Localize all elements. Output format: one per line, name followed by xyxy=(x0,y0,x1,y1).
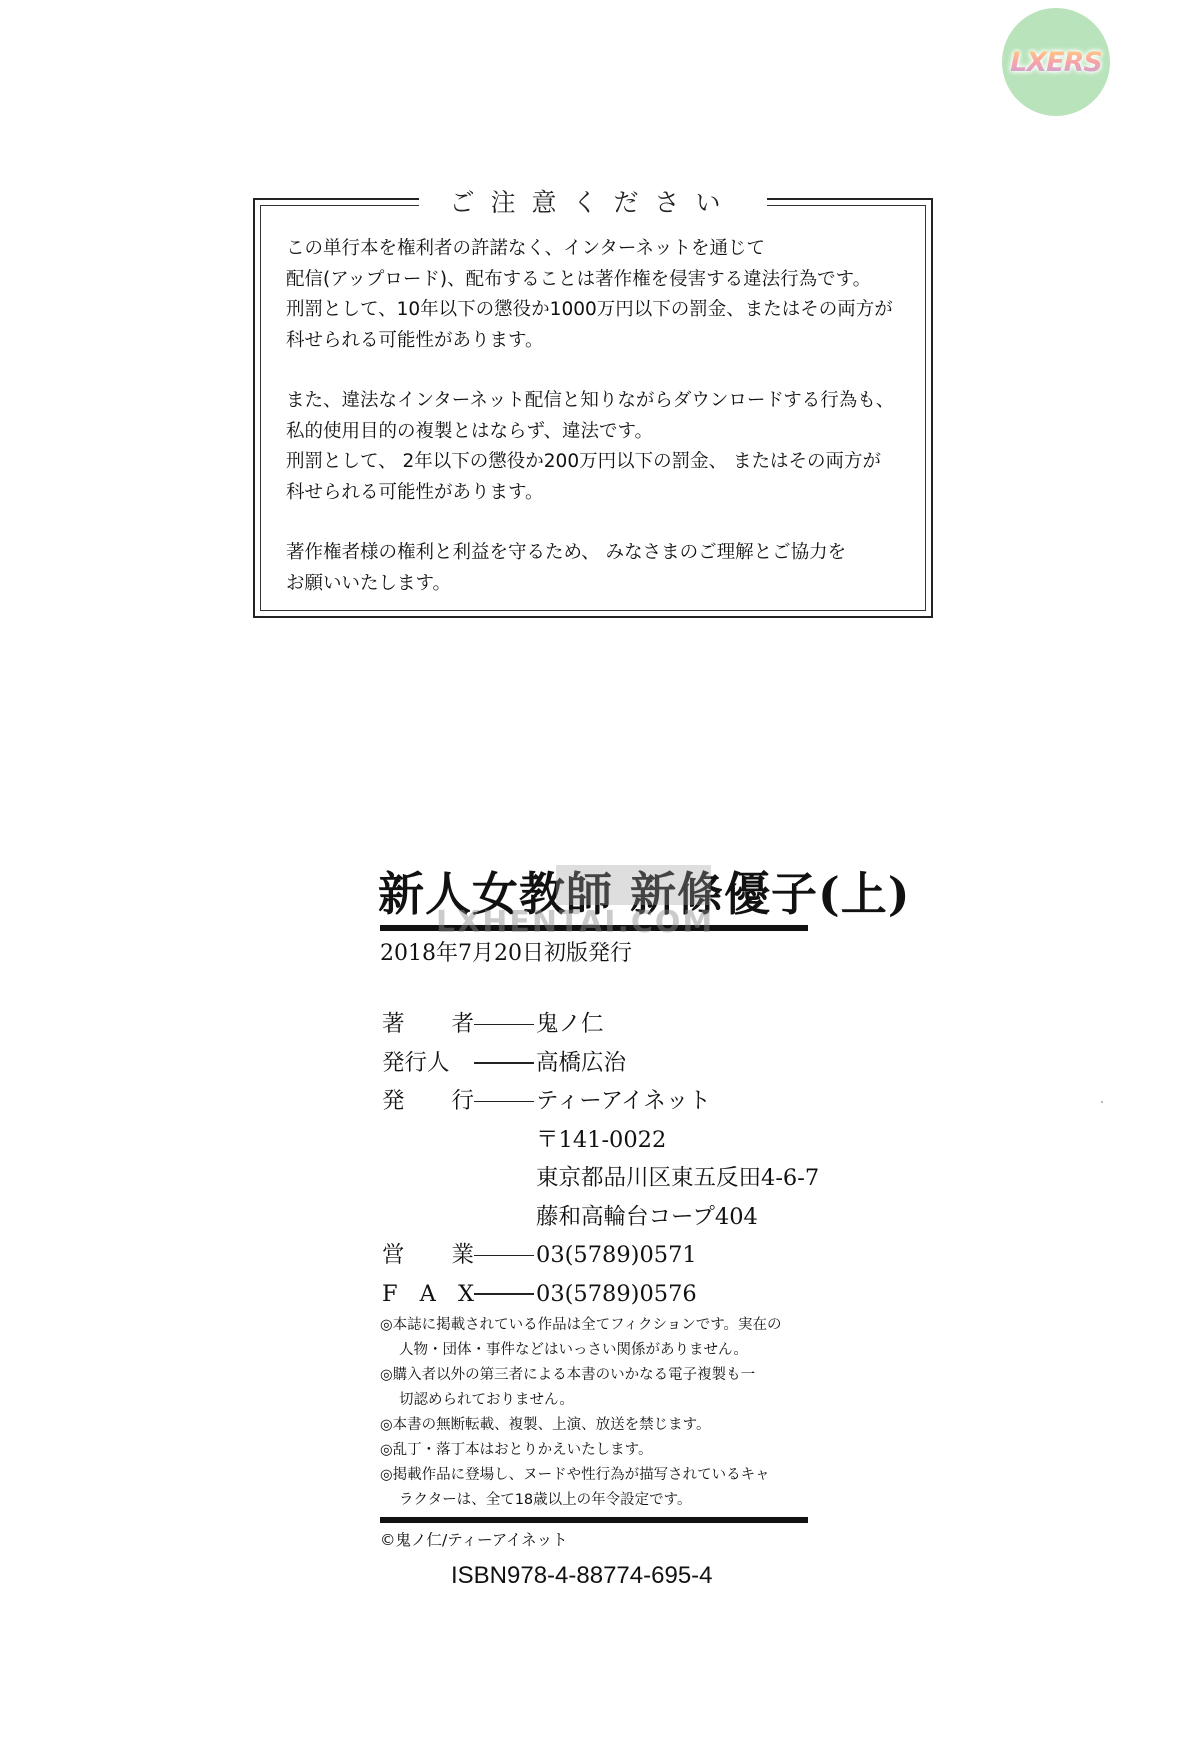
label-char: 著 xyxy=(382,1005,405,1044)
postal-code: 〒141-0022 xyxy=(536,1121,666,1160)
publisher-row: 発 行 ティーアイネット xyxy=(382,1082,819,1121)
publisher-person-label: 発行人 xyxy=(382,1044,474,1083)
note-line: ◎購入者以外の第三者による本書のいかなる電子複製も一 xyxy=(380,1363,782,1388)
label-char: 発 xyxy=(382,1082,405,1121)
scan-speck xyxy=(1101,1101,1103,1103)
colophon-info: 著 者 鬼ノ仁 発行人 高橋広治 発 行 ティーアイネット 〒141-0022 … xyxy=(382,1005,819,1313)
publisher-person-row: 発行人 高橋広治 xyxy=(382,1044,819,1083)
publisher-person-value: 高橋広治 xyxy=(536,1044,626,1083)
address-row-1: 東京都品川区東五反田4-6-7 xyxy=(382,1159,819,1198)
label-char: 営 xyxy=(382,1236,405,1275)
fax-label: F A X xyxy=(382,1275,474,1314)
note-line: ◎本書の無断転載、複製、上演、放送を禁じます。 xyxy=(380,1413,782,1438)
sales-row: 営 業 03(5789)0571 xyxy=(382,1236,819,1275)
label-char: 業 xyxy=(451,1236,474,1275)
author-label: 著 者 xyxy=(382,1005,474,1044)
leader-dash xyxy=(474,1236,536,1275)
watermark-logo: LXERS xyxy=(1002,8,1110,116)
copyright: ©鬼ノ仁/ティーアイネット xyxy=(380,1528,568,1550)
label-char: F xyxy=(382,1275,398,1314)
fax-number: 03(5789)0576 xyxy=(536,1275,697,1314)
note-line-cont: ラクターは、全て18歳以上の年令設定です。 xyxy=(380,1488,782,1513)
logo-text: LXERS xyxy=(1010,47,1102,78)
notice-line: 刑罰として、10年以下の懲役か1000万円以下の罰金、またはその両方が xyxy=(286,295,926,326)
leader-dash xyxy=(474,1082,536,1121)
notice-line: お願いいたします。 xyxy=(286,569,926,600)
postal-row: 〒141-0022 xyxy=(382,1121,819,1160)
notice-line: 配信(アップロード)、配布することは著作権を侵害する違法行為です。 xyxy=(286,265,926,296)
isbn: ISBN978-4-88774-695-4 xyxy=(451,1562,713,1590)
notice-line: 刑罰として、 2年以下の懲役か200万円以下の罰金、 またはその両方が xyxy=(286,447,926,478)
notice-title-wrap: ご注意ください xyxy=(253,186,933,216)
notice-body: この単行本を権利者の許諾なく、インターネットを通じて 配信(アップロード)、配布… xyxy=(286,234,926,629)
notice-line: 私的使用目的の複製とはならず、違法です。 xyxy=(286,417,926,448)
publisher-label: 発 行 xyxy=(382,1082,474,1121)
address-row-2: 藤和高輪台コープ404 xyxy=(382,1198,819,1237)
leader-dash xyxy=(474,1044,536,1083)
fax-row: F A X 03(5789)0576 xyxy=(382,1275,819,1314)
note-line: ◎掲載作品に登場し、ヌードや性行為が描写されているキャ xyxy=(380,1463,782,1488)
leader-dash xyxy=(474,1005,536,1044)
label-char: X xyxy=(458,1275,474,1314)
note-line: ◎本誌に掲載されている作品は全てフィクションです。実在の xyxy=(380,1313,782,1338)
notice-paragraph-1: この単行本を権利者の許諾なく、インターネットを通じて 配信(アップロード)、配布… xyxy=(286,234,926,356)
notice-line: この単行本を権利者の許諾なく、インターネットを通じて xyxy=(286,234,926,265)
notes-rule xyxy=(380,1517,808,1523)
publisher-value: ティーアイネット xyxy=(536,1082,711,1121)
leader-dash xyxy=(474,1275,536,1314)
address-line-2: 藤和高輪台コープ404 xyxy=(536,1198,758,1237)
notice-title: ご注意ください xyxy=(419,183,766,219)
author-value: 鬼ノ仁 xyxy=(536,1005,604,1044)
label-char: 行 xyxy=(451,1082,474,1121)
note-line-cont: 人物・団体・事件などはいっさい関係がありません。 xyxy=(380,1338,782,1363)
label-char: 者 xyxy=(451,1005,474,1044)
address-line-1: 東京都品川区東五反田4-6-7 xyxy=(536,1159,819,1198)
notice-line: また、違法なインターネット配信と知りながらダウンロードする行為も、 xyxy=(286,386,926,417)
legal-notes: ◎本誌に掲載されている作品は全てフィクションです。実在の 人物・団体・事件などは… xyxy=(380,1313,782,1513)
publication-date: 2018年7月20日初版発行 xyxy=(380,936,632,967)
watermark-overlay xyxy=(556,865,711,905)
notice-line: 科せられる可能性があります。 xyxy=(286,478,926,509)
note-line-cont: 切認められておりません。 xyxy=(380,1388,782,1413)
sales-phone: 03(5789)0571 xyxy=(536,1236,697,1275)
note-line: ◎乱丁・落丁本はおとりかえいたします。 xyxy=(380,1438,782,1463)
notice-paragraph-3: 著作権者様の権利と利益を守るため、 みなさまのご理解とご協力を お願いいたします… xyxy=(286,538,926,599)
notice-paragraph-2: また、違法なインターネット配信と知りながらダウンロードする行為も、 私的使用目的… xyxy=(286,386,926,508)
author-row: 著 者 鬼ノ仁 xyxy=(382,1005,819,1044)
watermark-site-text: LXHENTAI.COM xyxy=(436,905,714,940)
notice-line: 著作権者様の権利と利益を守るため、 みなさまのご理解とご協力を xyxy=(286,538,926,569)
sales-label: 営 業 xyxy=(382,1236,474,1275)
notice-line: 科せられる可能性があります。 xyxy=(286,326,926,357)
label-char: A xyxy=(420,1275,436,1314)
